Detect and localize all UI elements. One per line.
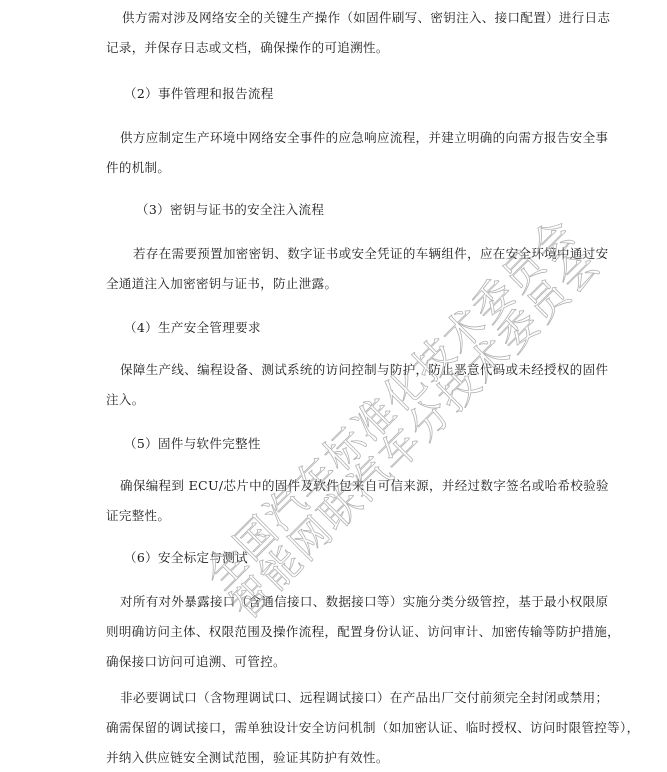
watermark-line-1: 全国汽车标准化技术委员会	[190, 204, 587, 601]
watermark-line-2: 智能网联汽车分技术委员会	[215, 234, 612, 631]
paragraph-3-line-2: 全通道注入加密密钥与证书，防止泄露。	[106, 276, 337, 292]
paragraph-5-line-1: 确保编程到 ECU/芯片中的固件及软件包来自可信来源，并经过数字签名或哈希校验验	[120, 478, 609, 494]
paragraph-3-line-1: 若存在需要预置加密密钥、数字证书或安全凭证的车辆组件，应在安全环境中通过安	[133, 246, 608, 262]
paragraph-2-line-2: 件的机制。	[106, 160, 170, 176]
paragraph-2-line-1: 供方应制定生产环境中网络安全事件的应急响应流程，并建立明确的向需方报告安全事	[120, 130, 608, 146]
paragraph-7-line-2: 确需保留的调试接口，需单独设计安全访问机制（如加密认证、临时授权、访问时限管控等…	[106, 720, 639, 736]
paragraph-7-line-3: 并纳入供应链安全测试范围，验证其防护有效性。	[106, 750, 389, 766]
paragraph-5-line-2: 证完整性。	[106, 508, 170, 524]
paragraph-4-line-1: 保障生产线、编程设备、测试系统的访问控制与防护，防止恶意代码或未经授权的固件	[120, 362, 608, 378]
paragraph-4-line-2: 注入。	[106, 392, 145, 408]
section-heading-5: （5）固件与软件完整性	[124, 436, 261, 452]
paragraph-1-line-1: 供方需对涉及网络安全的关键生产操作（如固件刷写、密钥注入、接口配置）进行日志	[122, 10, 610, 26]
paragraph-7-line-1: 非必要调试口（含物理调试口、远程调试接口）在产品出厂交付前须完全封闭或禁用；	[120, 690, 608, 706]
paragraph-6-line-2: 则明确访问主体、权限范围及操作流程，配置身份认证、访问审计、加密传输等防护措施，	[106, 624, 620, 640]
paragraph-6-line-1: 对所有对外暴露接口（含通信接口、数据接口等）实施分类分级管控，基于最小权限原	[120, 594, 608, 610]
section-heading-2: （2）事件管理和报告流程	[124, 86, 274, 102]
section-heading-6: （6）安全标定与测试	[124, 550, 248, 566]
section-heading-3: （3）密钥与证书的安全注入流程	[136, 202, 324, 218]
section-heading-4: （4）生产安全管理要求	[124, 320, 261, 336]
document-page: 供方需对涉及网络安全的关键生产操作（如固件刷写、密钥注入、接口配置）进行日志 记…	[0, 0, 667, 772]
paragraph-1-line-2: 记录，并保存日志或文档，确保操作的可追溯性。	[106, 40, 389, 56]
paragraph-6-line-3: 确保接口访问可追溯、可管控。	[106, 654, 286, 670]
